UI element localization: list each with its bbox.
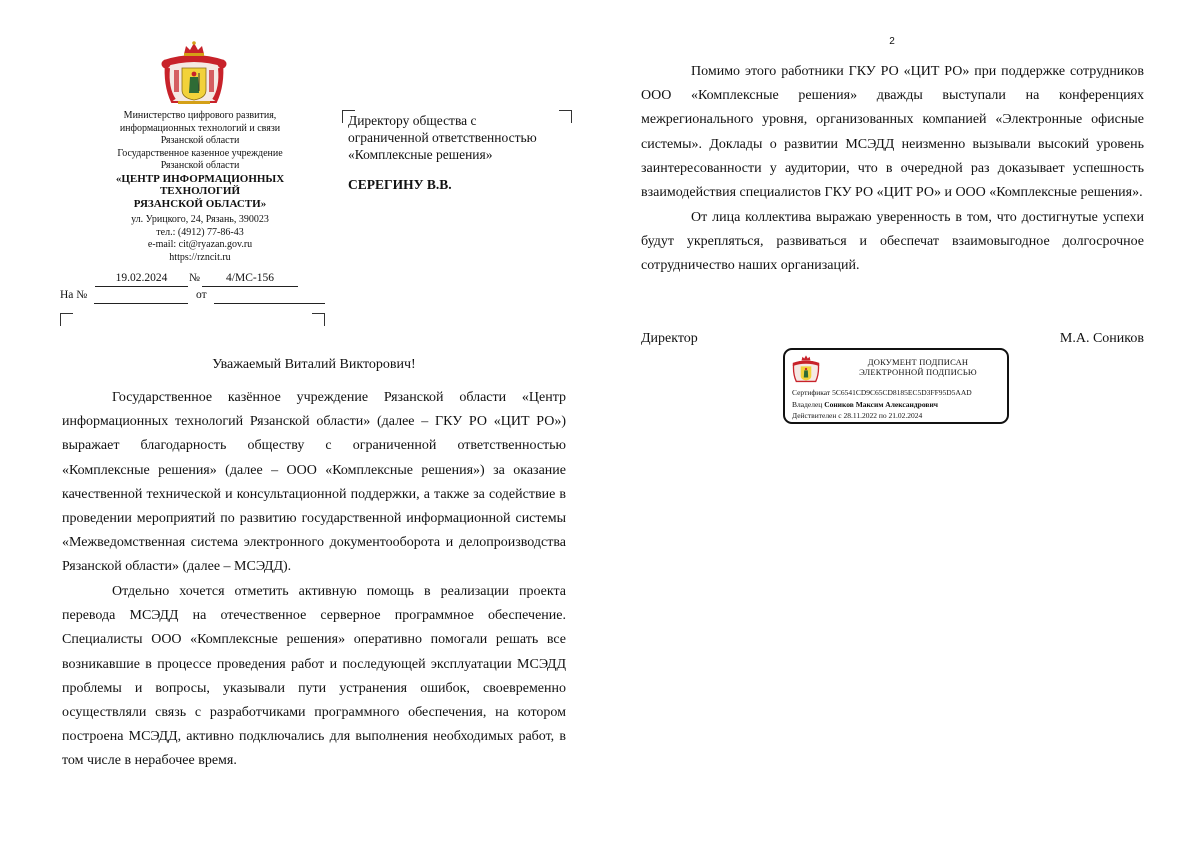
org-website: https://rzncit.ru [90,252,310,265]
paragraph-1: Государственное казённое учреждение Ряза… [62,386,566,580]
addressee-name: СЕРЕГИНУ В.В. [348,176,537,193]
number-underline [202,286,298,287]
number-label: № [189,272,200,284]
subject-bracket-left [60,313,73,326]
contact-info: ул. Урицкого, 24, Рязань, 390023 тел.: (… [90,214,310,264]
stamp-validity: Действителен с 28.11.2022 по 21.02.2024 [792,411,922,420]
addressee-block: Директору общества с ограниченной ответс… [348,112,537,193]
org-phone: тел.: (4912) 77-86-43 [90,227,310,240]
signatory-title: Директор [641,331,698,347]
registration-number: 4/МС-156 [202,272,298,284]
reply-date-label: от [196,289,207,301]
letterhead: Министерство цифрового развития, информа… [90,110,310,264]
stamp-owner: Владелец Соников Максим Александрович [792,400,938,409]
reply-number-field [94,303,188,304]
registration-date: 19.02.2024 [95,272,188,284]
paragraph-2: Отдельно хочется отметить активную помощ… [62,580,566,774]
ministry-name: Министерство цифрового развития, информа… [90,110,310,148]
signatory-name: М.А. Соников [1060,331,1144,347]
subject-bracket-right [312,313,325,326]
ryazan-coat-of-arms-icon [791,354,821,385]
org-email: e-mail: cit@ryazan.gov.ru [90,239,310,252]
date-underline [95,286,188,287]
page-number: 2 [880,36,904,47]
institution-type: Государственное казенное учреждение Ряза… [90,148,310,173]
e-signature-stamp: ДОКУМЕНТ ПОДПИСАН ЭЛЕКТРОННОЙ ПОДПИСЬЮ С… [783,348,1009,424]
reply-date-field [214,303,325,304]
ryazan-coat-of-arms-icon [160,40,228,110]
stamp-certificate: Сертификат 5C6541CD9C65CD8185EC5D3FF95D5… [792,388,972,397]
stamp-header: ДОКУМЕНТ ПОДПИСАН ЭЛЕКТРОННОЙ ПОДПИСЬЮ [833,357,1003,377]
addressee-bracket-right [559,110,572,123]
org-address: ул. Урицкого, 24, Рязань, 390023 [90,214,310,227]
paragraph-4: От лица коллектива выражаю уверенность в… [641,206,1144,279]
paragraph-3: Помимо этого работники ГКУ РО «ЦИТ РО» п… [641,60,1144,205]
organization-name: «ЦЕНТР ИНФОРМАЦИОННЫХ ТЕХНОЛОГИЙ РЯЗАНСК… [90,173,310,211]
reply-number-label: На № [60,289,87,301]
salutation: Уважаемый Виталий Викторович! [62,357,566,373]
